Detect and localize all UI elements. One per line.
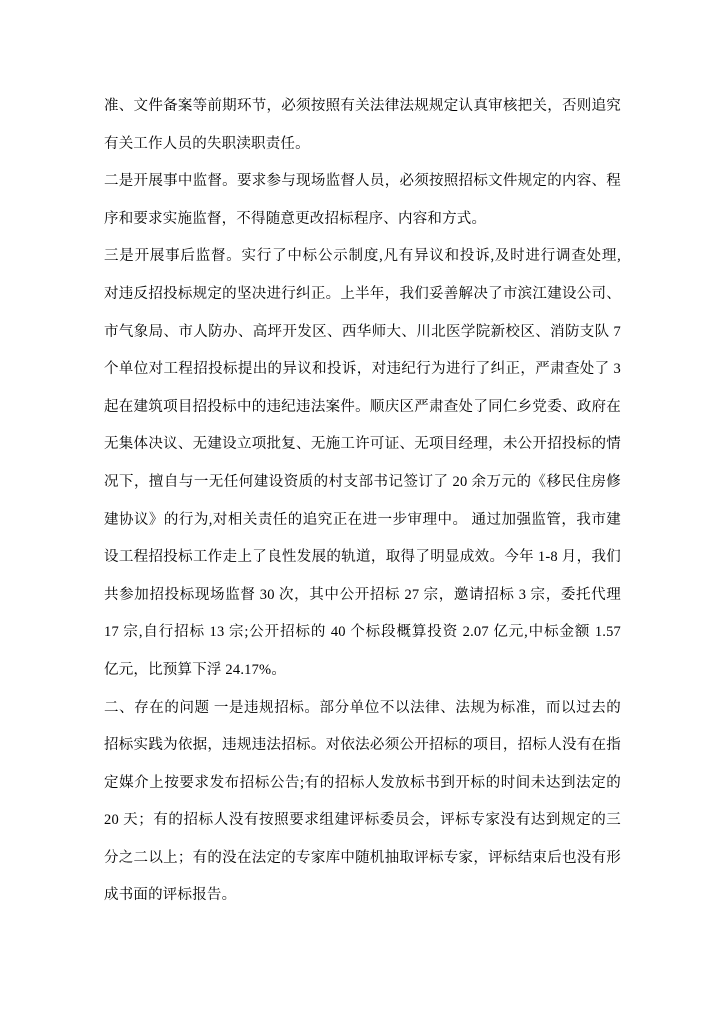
text-line: 对违反招投标规定的坚决进行纠正。上半年，我们妥善解决了市滨江建设公司、 — [104, 276, 621, 314]
text-line: 二、存在的问题 一是违规招标。部分单位不以法律、法规为标准，而以过去的 — [104, 690, 621, 728]
text-line: 准、文件备案等前期环节，必须按照有关法律法规规定认真审核把关，否则追究 — [104, 88, 621, 126]
text-line: 无集体决议、无建设立项批复、无施工许可证、无项目经理，未公开招投标的情 — [104, 426, 621, 464]
document-body: 准、文件备案等前期环节，必须按照有关法律法规规定认真审核把关，否则追究 有关工作… — [104, 88, 621, 915]
text-line: 招标实践为依据，违规违法招标。对依法必须公开招标的项目，招标人没有在指 — [104, 727, 621, 765]
text-line: 分之二以上；有的没在法定的专家库中随机抽取评标专家，评标结束后也没有形 — [104, 840, 621, 878]
text-line: 设工程招投标工作走上了良性发展的轨道，取得了明显成效。今年 1-8 月，我们 — [104, 539, 621, 577]
text-line: 有关工作人员的失职渎职责任。 — [104, 126, 621, 164]
text-line: 二是开展事中监督。要求参与现场监督人员，必须按照招标文件规定的内容、程 — [104, 163, 621, 201]
text-line: 建协议》的行为,对相关责任的追究正在进一步审理中。 通过加强监管，我市建 — [104, 502, 621, 540]
text-line: 起在建筑项目招投标中的违纪违法案件。顺庆区严肃查处了同仁乡党委、政府在 — [104, 389, 621, 427]
text-line: 三是开展事后监督。实行了中标公示制度,凡有异议和投诉,及时进行调查处理, — [104, 238, 621, 276]
document-page: 准、文件备案等前期环节，必须按照有关法律法规规定认真审核把关，否则追究 有关工作… — [0, 0, 721, 1020]
text-line: 成书面的评标报告。 — [104, 877, 621, 915]
text-line: 共参加招投标现场监督 30 次，其中公开招标 27 宗，邀请招标 3 宗，委托代… — [104, 577, 621, 615]
text-line: 17 宗,自行招标 13 宗;公开招标的 40 个标段概算投资 2.07 亿元,… — [104, 614, 621, 652]
text-line: 20 天；有的招标人没有按照要求组建评标委员会，评标专家没有达到规定的三 — [104, 802, 621, 840]
text-line: 况下，擅自与一无任何建设资质的村支部书记签订了 20 余万元的《移民住房修 — [104, 464, 621, 502]
text-line: 定媒介上按要求发布招标公告;有的招标人发放标书到开标的时间未达到法定的 — [104, 765, 621, 803]
text-line: 个单位对工程招投标提出的异议和投诉，对违纪行为进行了纠正，严肃查处了 3 — [104, 351, 621, 389]
text-line: 市气象局、市人防办、高坪开发区、西华师大、川北医学院新校区、消防支队 7 — [104, 314, 621, 352]
text-line: 序和要求实施监督，不得随意更改招标程序、内容和方式。 — [104, 201, 621, 239]
text-line: 亿元，比预算下浮 24.17%。 — [104, 652, 621, 690]
